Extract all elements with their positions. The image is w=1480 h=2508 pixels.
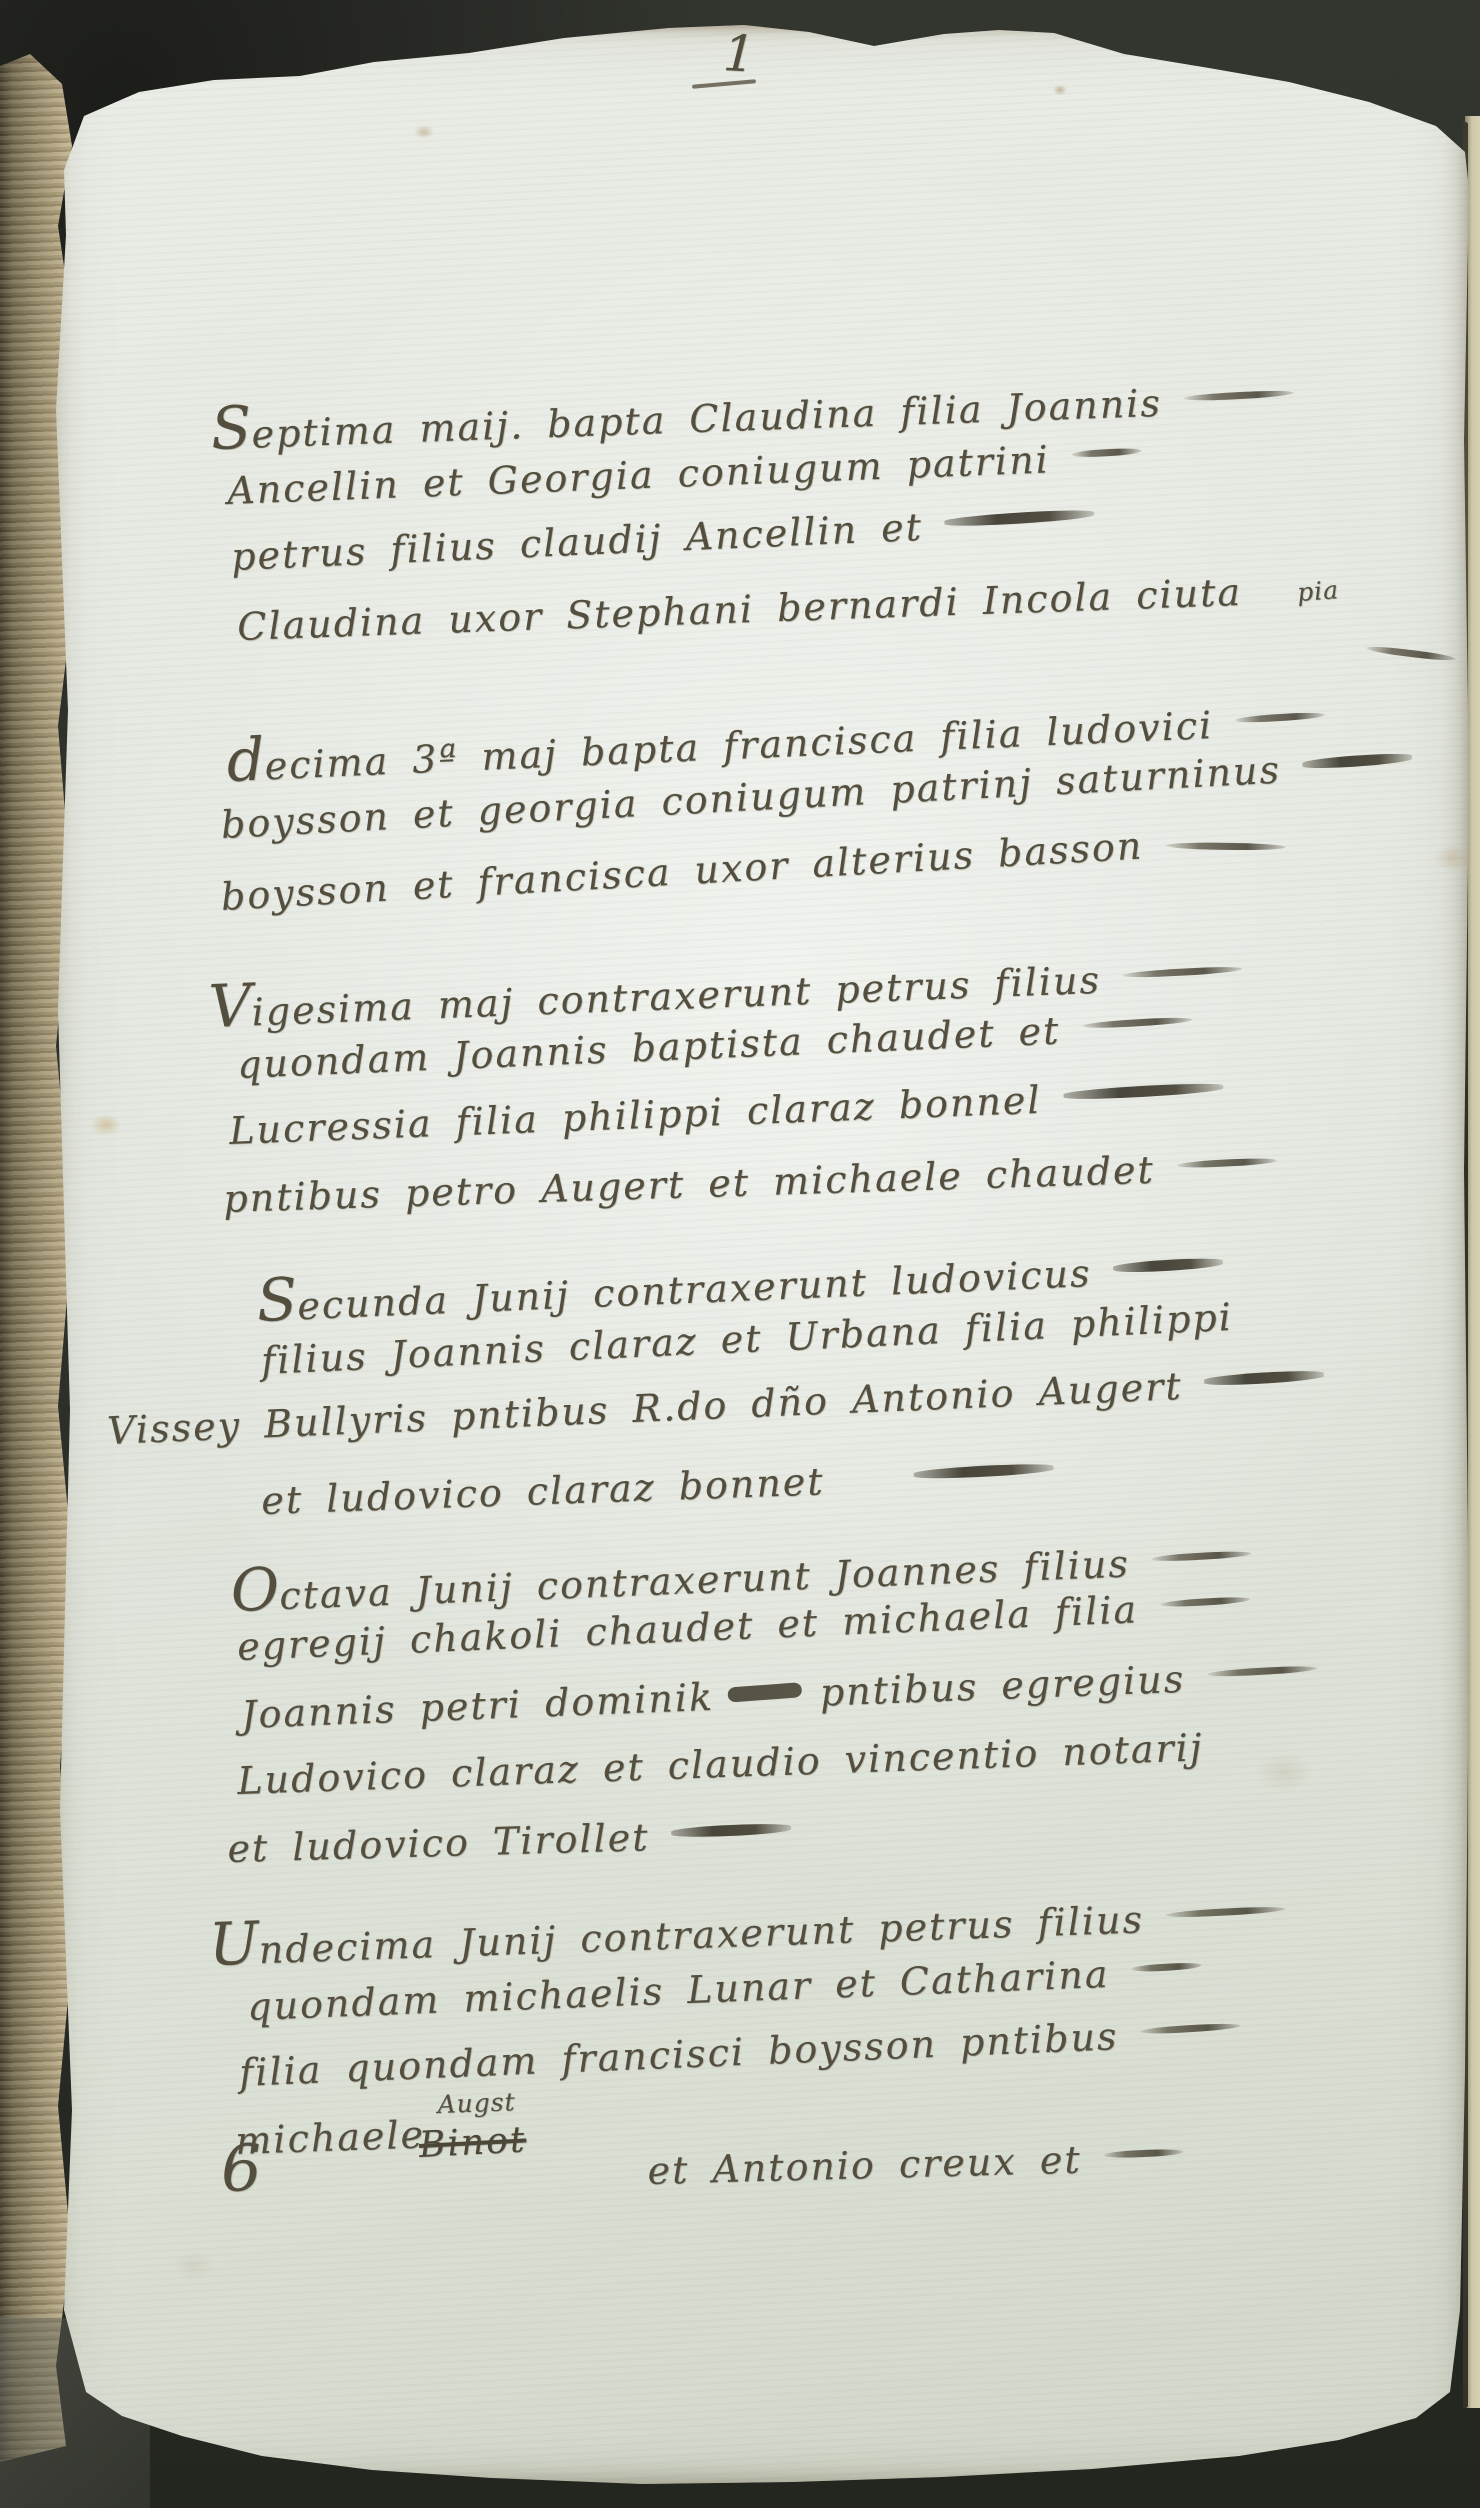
pen-flourish xyxy=(1082,1016,1192,1030)
manuscript-page: 1 Septima maij. bapta Claudina filia Joa… xyxy=(44,20,1470,2490)
record-6-line-3: filia quondam francisci boysson pntibus xyxy=(238,2012,1241,2092)
record-1-superscript: pia xyxy=(1296,577,1340,605)
pen-flourish xyxy=(1166,1905,1286,1918)
record-4-line-4: et ludovico claraz bonnet xyxy=(261,1454,1055,1520)
line-text: petrus filius claudij Ancellin et xyxy=(230,505,924,579)
record-5-line-4: Ludovico claraz et claudio vincentio not… xyxy=(237,1728,1204,1800)
line-text: Lucressia filia philippi claraz bonnel xyxy=(228,1078,1042,1153)
line-text: et Antonio creux et xyxy=(647,2138,1082,2193)
pen-flourish xyxy=(1063,1081,1223,1101)
pen-flourish xyxy=(1204,1369,1324,1387)
pen-flourish xyxy=(944,508,1094,528)
line-text: pntibus petro Augert et michaele chaudet xyxy=(223,1148,1156,1221)
line-text: et ludovico Tirollet xyxy=(227,1815,650,1871)
folio-mark: 1 xyxy=(722,28,758,80)
photograph-of-manuscript: { "page": { "folio_mark": "1", "page_num… xyxy=(0,0,1480,2508)
pen-flourish xyxy=(671,1822,791,1838)
pen-flourish xyxy=(1366,645,1456,663)
pen-flourish xyxy=(1071,447,1141,458)
record-5-line-5: et ludovico Tirollet xyxy=(227,1814,792,1868)
pen-flourish xyxy=(1302,752,1412,771)
pen-flourish xyxy=(1151,1550,1251,1563)
pen-flourish xyxy=(1165,842,1285,851)
record-5-line-3: Joannis petri dominikpntibus egregius xyxy=(241,1655,1318,1734)
line-text: pntibus egregius xyxy=(819,1657,1186,1715)
pen-flourish xyxy=(1131,1962,1201,1973)
record-1-line-4: Claudina uxor Stephani bernardi Incola c… xyxy=(237,573,1243,646)
record-1-line-3: petrus filius claudij Ancellin et xyxy=(230,500,1095,576)
record-3-line-4: pntibus petro Augert et michaele chaudet xyxy=(223,1147,1277,1218)
pen-flourish xyxy=(1235,711,1325,723)
pen-flourish xyxy=(1103,2148,1183,2158)
line-text: Joannis petri dominik xyxy=(240,1675,714,1737)
line-text: filia quondam francisci boysson pntibus xyxy=(238,2014,1119,2095)
pen-flourish xyxy=(1183,389,1293,402)
pen-flourish xyxy=(1160,1596,1250,1608)
pen-flourish xyxy=(1207,1665,1317,1678)
ink-blot xyxy=(727,1682,802,1702)
pen-flourish xyxy=(1123,965,1243,979)
pen-flourish xyxy=(1140,2022,1240,2035)
record-6-line-4-start: michaele xyxy=(235,2115,426,2160)
pen-flourish xyxy=(1113,1257,1223,1275)
record-3-line-3: Lucressia filia philippi claraz bonnel xyxy=(229,1074,1224,1150)
pen-flourish xyxy=(1176,1157,1276,1169)
line-text: et ludovico claraz bonnet xyxy=(261,1459,826,1523)
record-6-insertion: Augst xyxy=(437,2089,516,2117)
record-6-line-4-end: et Antonio creux et xyxy=(647,2138,1184,2190)
page-number: 6 xyxy=(220,2137,263,2202)
record-6-struck-word: Binot xyxy=(418,2122,527,2164)
pen-flourish xyxy=(914,1462,1054,1480)
